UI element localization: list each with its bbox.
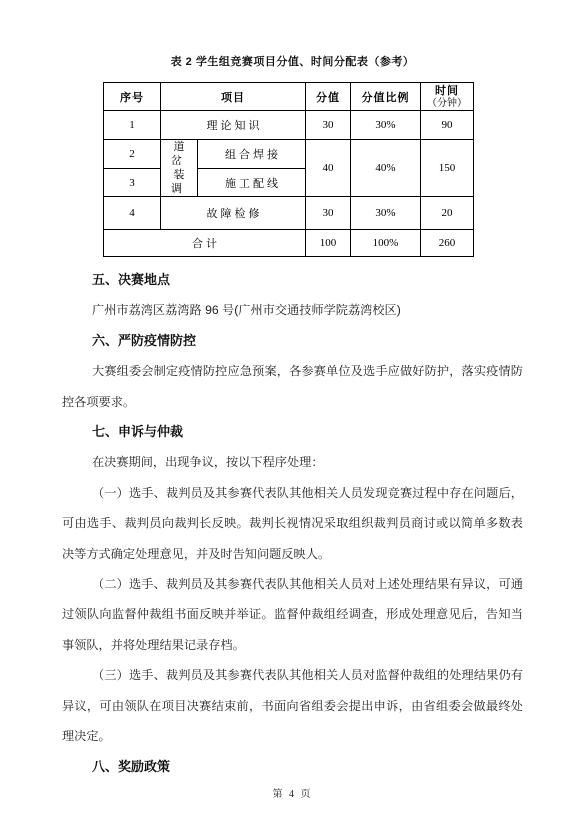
cell-time-2: 150 — [421, 140, 474, 197]
cell-project-theory: 理论知识 — [161, 111, 306, 140]
cell-total-time: 260 — [421, 230, 474, 257]
cell-total-ratio: 100% — [351, 230, 421, 257]
document-page: 表 2 学生组竞赛项目分值、时间分配表（参考） 序号 项目 分值 分值比例 时间… — [0, 0, 585, 835]
cell-ratio-1: 30% — [351, 111, 421, 140]
paragraph: （三）选手、裁判员及其参赛代表队其他相关人员对监督仲裁组的处理结果仍有异议，可由… — [62, 660, 523, 751]
paragraph: 在决赛期间，出现争议，按以下程序处理： — [62, 447, 523, 477]
table-total-row: 合计 100 100% 260 — [104, 230, 474, 257]
cell-time-1: 90 — [421, 111, 474, 140]
section-heading: 七、申诉与仲裁 — [62, 417, 523, 447]
header-score: 分值 — [306, 83, 351, 111]
cell-ratio-4: 30% — [351, 197, 421, 230]
cell-project-wiring: 施工配线 — [198, 169, 306, 197]
section-heading: 八、奖励政策 — [62, 752, 523, 782]
cell-project-repair: 故障检修 — [161, 197, 306, 230]
cell-time-4: 20 — [421, 197, 474, 230]
table-row: 2 道岔 装调 组合焊接 40 40% 150 — [104, 140, 474, 169]
section-heading: 五、决赛地点 — [62, 265, 523, 295]
header-time-unit: （分钟） — [421, 98, 473, 109]
cell-ratio-2: 40% — [351, 140, 421, 197]
header-index: 序号 — [104, 83, 161, 111]
page-number: 第 4 页 — [62, 788, 523, 802]
header-project: 项目 — [161, 83, 306, 111]
cell-total-label: 合计 — [104, 230, 306, 257]
paragraph: 广州市荔湾区荔湾路 96 号(广州市交通技师学院荔湾校区) — [62, 295, 523, 325]
section-heading: 六、严防疫情防控 — [62, 326, 523, 356]
table-caption: 表 2 学生组竞赛项目分值、时间分配表（参考） — [62, 54, 523, 70]
paragraph: （二）选手、裁判员及其参赛代表队其他相关人员对上述处理结果有异议，可通过领队向监… — [62, 569, 523, 660]
document-body: 五、决赛地点广州市荔湾区荔湾路 96 号(广州市交通技师学院荔湾校区)六、严防疫… — [62, 265, 523, 782]
cell-index-3: 3 — [104, 169, 161, 197]
paragraph: （一）选手、裁判员及其参赛代表队其他相关人员发现竞赛过程中存在问题后，可由选手、… — [62, 478, 523, 569]
table-header-row: 序号 项目 分值 分值比例 时间 （分钟） — [104, 83, 474, 111]
header-time-label: 时间 — [421, 85, 473, 98]
table-row: 4 故障检修 30 30% 20 — [104, 197, 474, 230]
cell-score-4: 30 — [306, 197, 351, 230]
header-ratio: 分值比例 — [351, 83, 421, 111]
cell-project-welding: 组合焊接 — [198, 140, 306, 169]
paragraph: 大赛组委会制定疫情防控应急预案，各参赛单位及选手应做好防护，落实疫情防控各项要求… — [62, 356, 523, 417]
cell-group-switch: 道岔 装调 — [161, 140, 198, 197]
cell-index-2: 2 — [104, 140, 161, 169]
table-row: 1 理论知识 30 30% 90 — [104, 111, 474, 140]
score-allocation-table: 序号 项目 分值 分值比例 时间 （分钟） 1 理论知识 30 30% 90 2… — [103, 82, 474, 257]
cell-index-4: 4 — [104, 197, 161, 230]
cell-score-2: 40 — [306, 140, 351, 197]
cell-index-1: 1 — [104, 111, 161, 140]
group-line1: 道岔 — [161, 140, 197, 168]
group-line2: 装调 — [161, 168, 197, 196]
cell-total-score: 100 — [306, 230, 351, 257]
cell-score-1: 30 — [306, 111, 351, 140]
header-time: 时间 （分钟） — [421, 83, 474, 111]
